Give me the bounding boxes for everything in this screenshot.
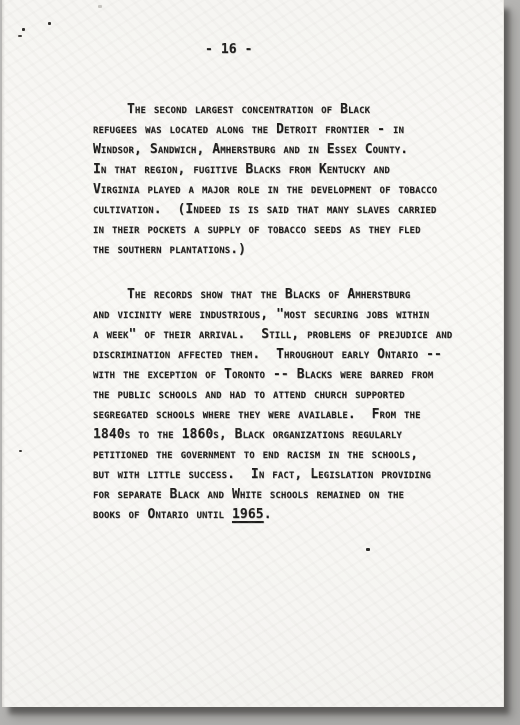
last-line-period: . (264, 507, 272, 522)
scan-speck (48, 22, 51, 25)
paragraph-refugee-concentration: The second largest concentration of Blac… (93, 100, 463, 260)
last-line-text: books of Ontario until (93, 507, 232, 522)
paragraph-last-line: books of Ontario until 1965. (93, 505, 463, 525)
scan-speck (22, 28, 25, 31)
document-page: - 16 - The second largest concentration … (2, 0, 504, 707)
scan-speck (98, 5, 102, 8)
paragraph-amherstburg-records: The records show that the Blacks of Amhe… (93, 285, 463, 505)
scan-background: - 16 - The second largest concentration … (0, 0, 520, 725)
scan-speck (18, 35, 22, 37)
page-number: - 16 - (205, 40, 253, 60)
scan-speck (19, 450, 22, 452)
underlined-year-1965: 1965 (232, 507, 264, 522)
scan-speck (366, 548, 370, 551)
